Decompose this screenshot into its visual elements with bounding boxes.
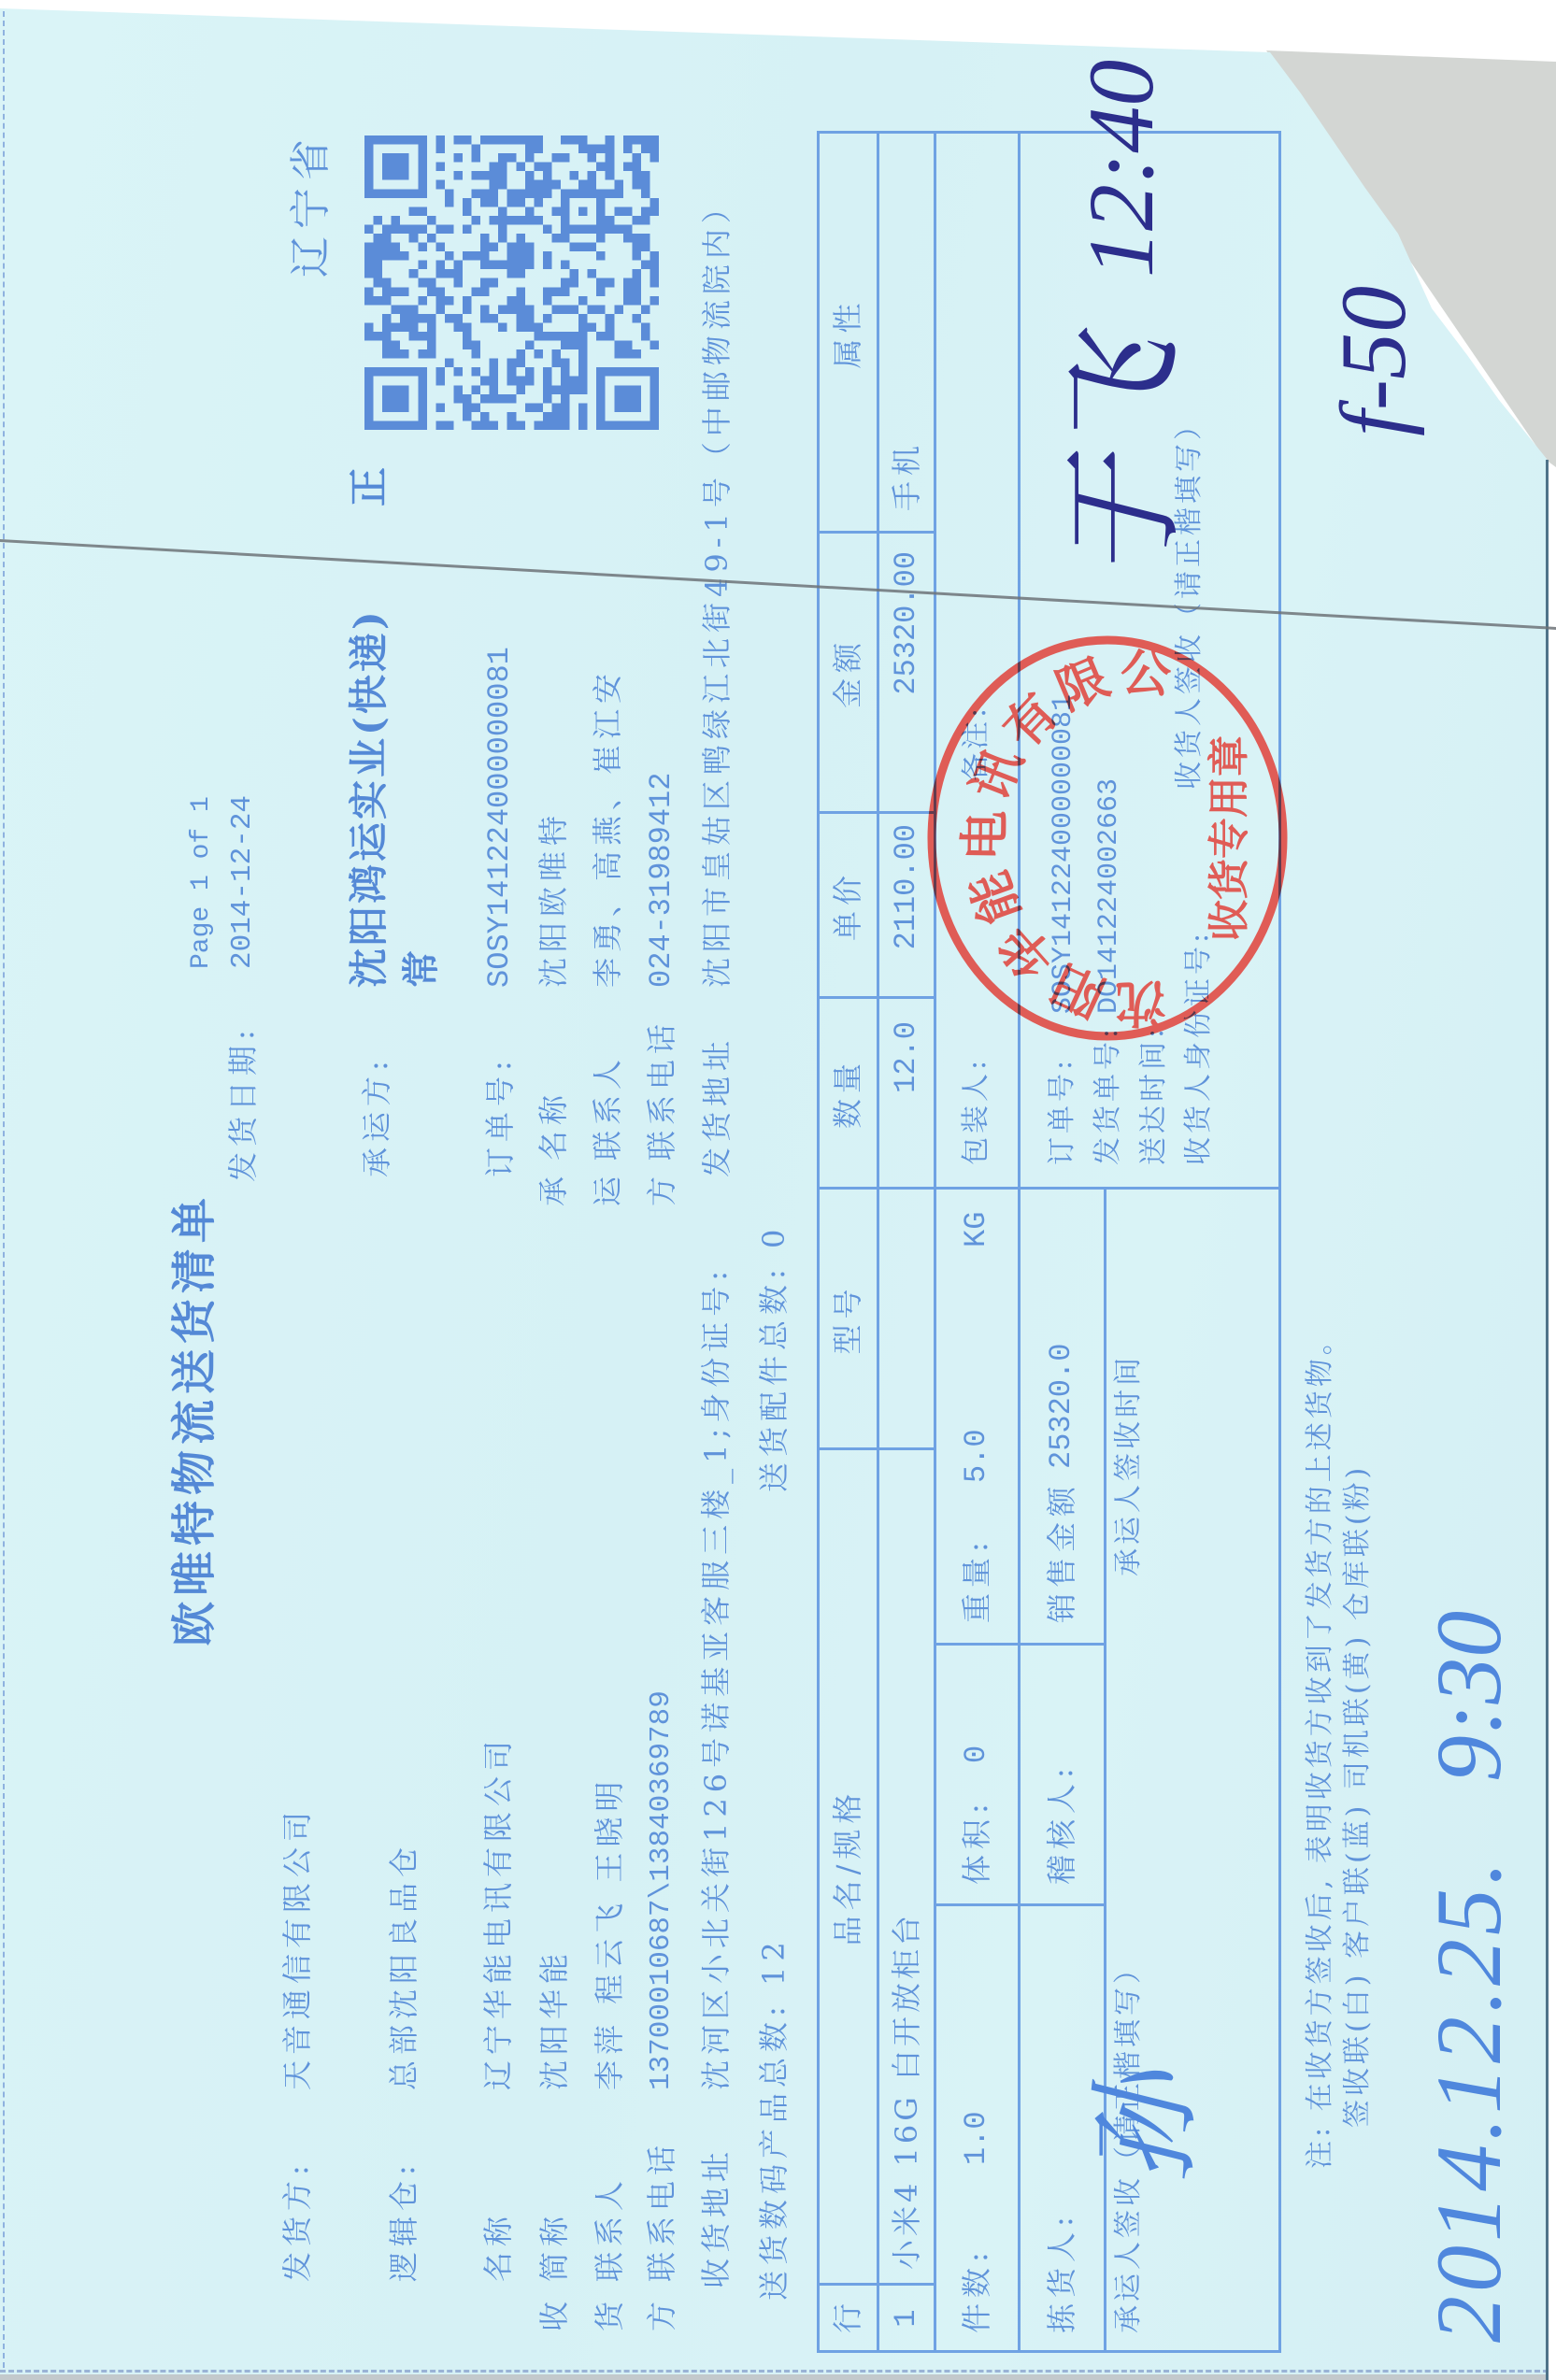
picker-label: 拣货人:	[1047, 2211, 1077, 2333]
ship-address-value: 沈阳市皇姑区鸭绿江北街49-1号（中邮物流院内）	[702, 188, 732, 988]
handwritten-receiver-signature: 孙	[1092, 2072, 1204, 2184]
col-header-line: 行	[833, 2285, 863, 2352]
shipper-value: 天音通信有限公司	[282, 1806, 312, 2090]
table-col-rule	[934, 1903, 1106, 1906]
carrier-side-label-2: 运	[592, 1171, 622, 1206]
item-unit-price: 2110.00	[892, 824, 921, 998]
pieces-value: 1.0	[962, 2111, 992, 2165]
pieces-label: 件数:	[962, 2246, 992, 2333]
sales-amount-value: 25320.0	[1047, 1344, 1077, 1469]
carrier-status-part1: 正	[350, 464, 389, 506]
item-attribute: 手机	[892, 440, 921, 511]
carrier-contact-value: 李勇、高燕、崔江安	[592, 668, 622, 988]
qr-code	[364, 135, 659, 430]
volume-value: 0	[962, 1746, 992, 1763]
consignee-short-name-label: 简称	[539, 2211, 569, 2282]
receive-address-label: 收货地址	[701, 2146, 731, 2288]
stamp-inner-text: 收货专用章	[1206, 735, 1253, 941]
receipt-note: 注: 在收货方签收后, 表明收货方收到了发货方的上述货物。	[1306, 1323, 1335, 2169]
item-line-number: 1	[892, 2285, 921, 2352]
col-header-model: 型号	[833, 1189, 863, 1449]
carrier-sign-time-label: 承运人签收时间	[1115, 1354, 1143, 1576]
packer-label: 包装人:	[963, 1057, 991, 1165]
company-seal-stamp: 沈阳华能电讯有限公司 收货专用章	[921, 628, 1294, 1048]
scanned-delivery-note: 欧唯特物流送货清单 Page 1 of 1 发货日期: 2014-12-24 辽…	[0, 0, 1556, 2380]
col-header-quantity: 数量	[833, 998, 863, 1189]
carrier-phone-label: 联系电话	[647, 1019, 677, 1161]
carrier-side-label-1: 承	[538, 1171, 568, 1206]
item-name: 小米4 16G 白开放柜台	[892, 1912, 921, 2270]
page-indicator: Page 1 of 1	[189, 796, 215, 969]
handwritten-carrier-signature: 于飞	[1065, 338, 1187, 581]
checker-label: 稽核人:	[1047, 1762, 1077, 1885]
ship-date-label: 发货日期:	[228, 1024, 258, 1182]
delivery-note: 欧唯特物流送货清单 Page 1 of 1 发货日期: 2014-12-24 辽…	[0, 0, 1556, 2380]
table-rule-header	[877, 131, 879, 2352]
document-title: 欧唯特物流送货清单	[172, 1192, 217, 1646]
consignee-name-value: 辽宁华能电讯有限公司	[483, 1735, 513, 2090]
handwritten-receive-date: 2014.12.25.	[1422, 1858, 1516, 2343]
ship-address-label: 发货地址	[702, 1035, 732, 1177]
table-col-rule	[817, 1187, 1281, 1190]
consignee-side-label-1: 收	[539, 2296, 569, 2331]
consignee-phone-value: 13700010687\13840369789	[647, 1690, 677, 2090]
ship-date-value: 2014-12-24	[228, 795, 258, 969]
table-rule-summary	[1018, 131, 1021, 2352]
shipper-label: 发货方:	[282, 2159, 312, 2282]
col-header-attribute: 属性	[833, 134, 863, 533]
item-quantity: 12.0	[892, 1021, 921, 1189]
order-no-label: 订单号:	[1049, 1057, 1077, 1165]
carrier-value: 沈阳鸿运实业(快递)	[350, 608, 389, 988]
order-value: SOSY141224000000081	[485, 647, 515, 988]
stamp-outer-text: 沈阳华能电讯有限公司	[921, 642, 1173, 1048]
table-col-rule	[934, 1643, 1106, 1646]
consignee-phone-label: 联系电话	[647, 2140, 677, 2282]
col-header-unit-price: 单价	[833, 813, 863, 998]
province-label: 辽宁省	[291, 132, 332, 278]
warehouse-label: 逻辑仓:	[389, 2159, 419, 2282]
col-header-amount: 金额	[833, 533, 863, 813]
consignee-side-label-3: 方	[647, 2296, 677, 2331]
table-border-right	[817, 131, 1281, 134]
carrier-label: 承运方:	[362, 1055, 392, 1177]
consignee-contact-value: 李萍 程云飞 王晓明	[594, 1776, 624, 2090]
consignee-name-label: 名称	[483, 2211, 513, 2282]
consignee-contact-label: 联系人	[594, 2175, 624, 2282]
copy-distribution-note: 签收联(白) 客户联(蓝) 司机联(黄) 仓库联(粉)	[1344, 1464, 1372, 2128]
consignee-short-name-value: 沈阳华能	[539, 1948, 569, 2090]
digital-products-total: 送货数码产品总数: 12	[759, 1936, 789, 2301]
handwritten-carrier-time: 12:40	[1075, 60, 1168, 278]
table-border-left	[817, 2350, 1281, 2353]
carrier-name-value: 沈阳欧唯特	[538, 810, 568, 988]
weight-label: 重量:	[962, 1536, 992, 1623]
col-header-name: 品名/规格	[833, 1449, 863, 2285]
weight-value: 5.0	[962, 1429, 992, 1483]
carrier-name-label: 名称	[538, 1090, 568, 1161]
table-border-top	[817, 131, 820, 2352]
receive-address-value: 沈河区小北关街126号诺基亚客服三楼_1;身份证号:	[701, 1265, 731, 2090]
carrier-contact-label: 联系人	[592, 1054, 622, 1161]
volume-label: 体积:	[962, 1798, 992, 1885]
carrier-phone-value: 024-31989412	[647, 773, 677, 988]
handwritten-receive-time: 9:30	[1422, 1611, 1516, 1782]
table-border-bottom	[1278, 131, 1281, 2352]
accessories-total: 送货配件总数: 0	[759, 1224, 789, 1492]
table-rule-item	[934, 131, 936, 2352]
warehouse-value: 总部沈阳良品仓	[389, 1842, 419, 2090]
weight-unit: KG	[962, 1212, 992, 1247]
consignee-side-label-2: 货	[594, 2296, 624, 2331]
sales-amount-label: 销售金额	[1047, 1481, 1077, 1623]
carrier-side-label-3: 方	[647, 1171, 677, 1206]
order-label: 订单号:	[485, 1055, 515, 1177]
handwritten-carrier-note: f-50	[1327, 286, 1420, 436]
carrier-status-part2: 常	[402, 948, 441, 988]
